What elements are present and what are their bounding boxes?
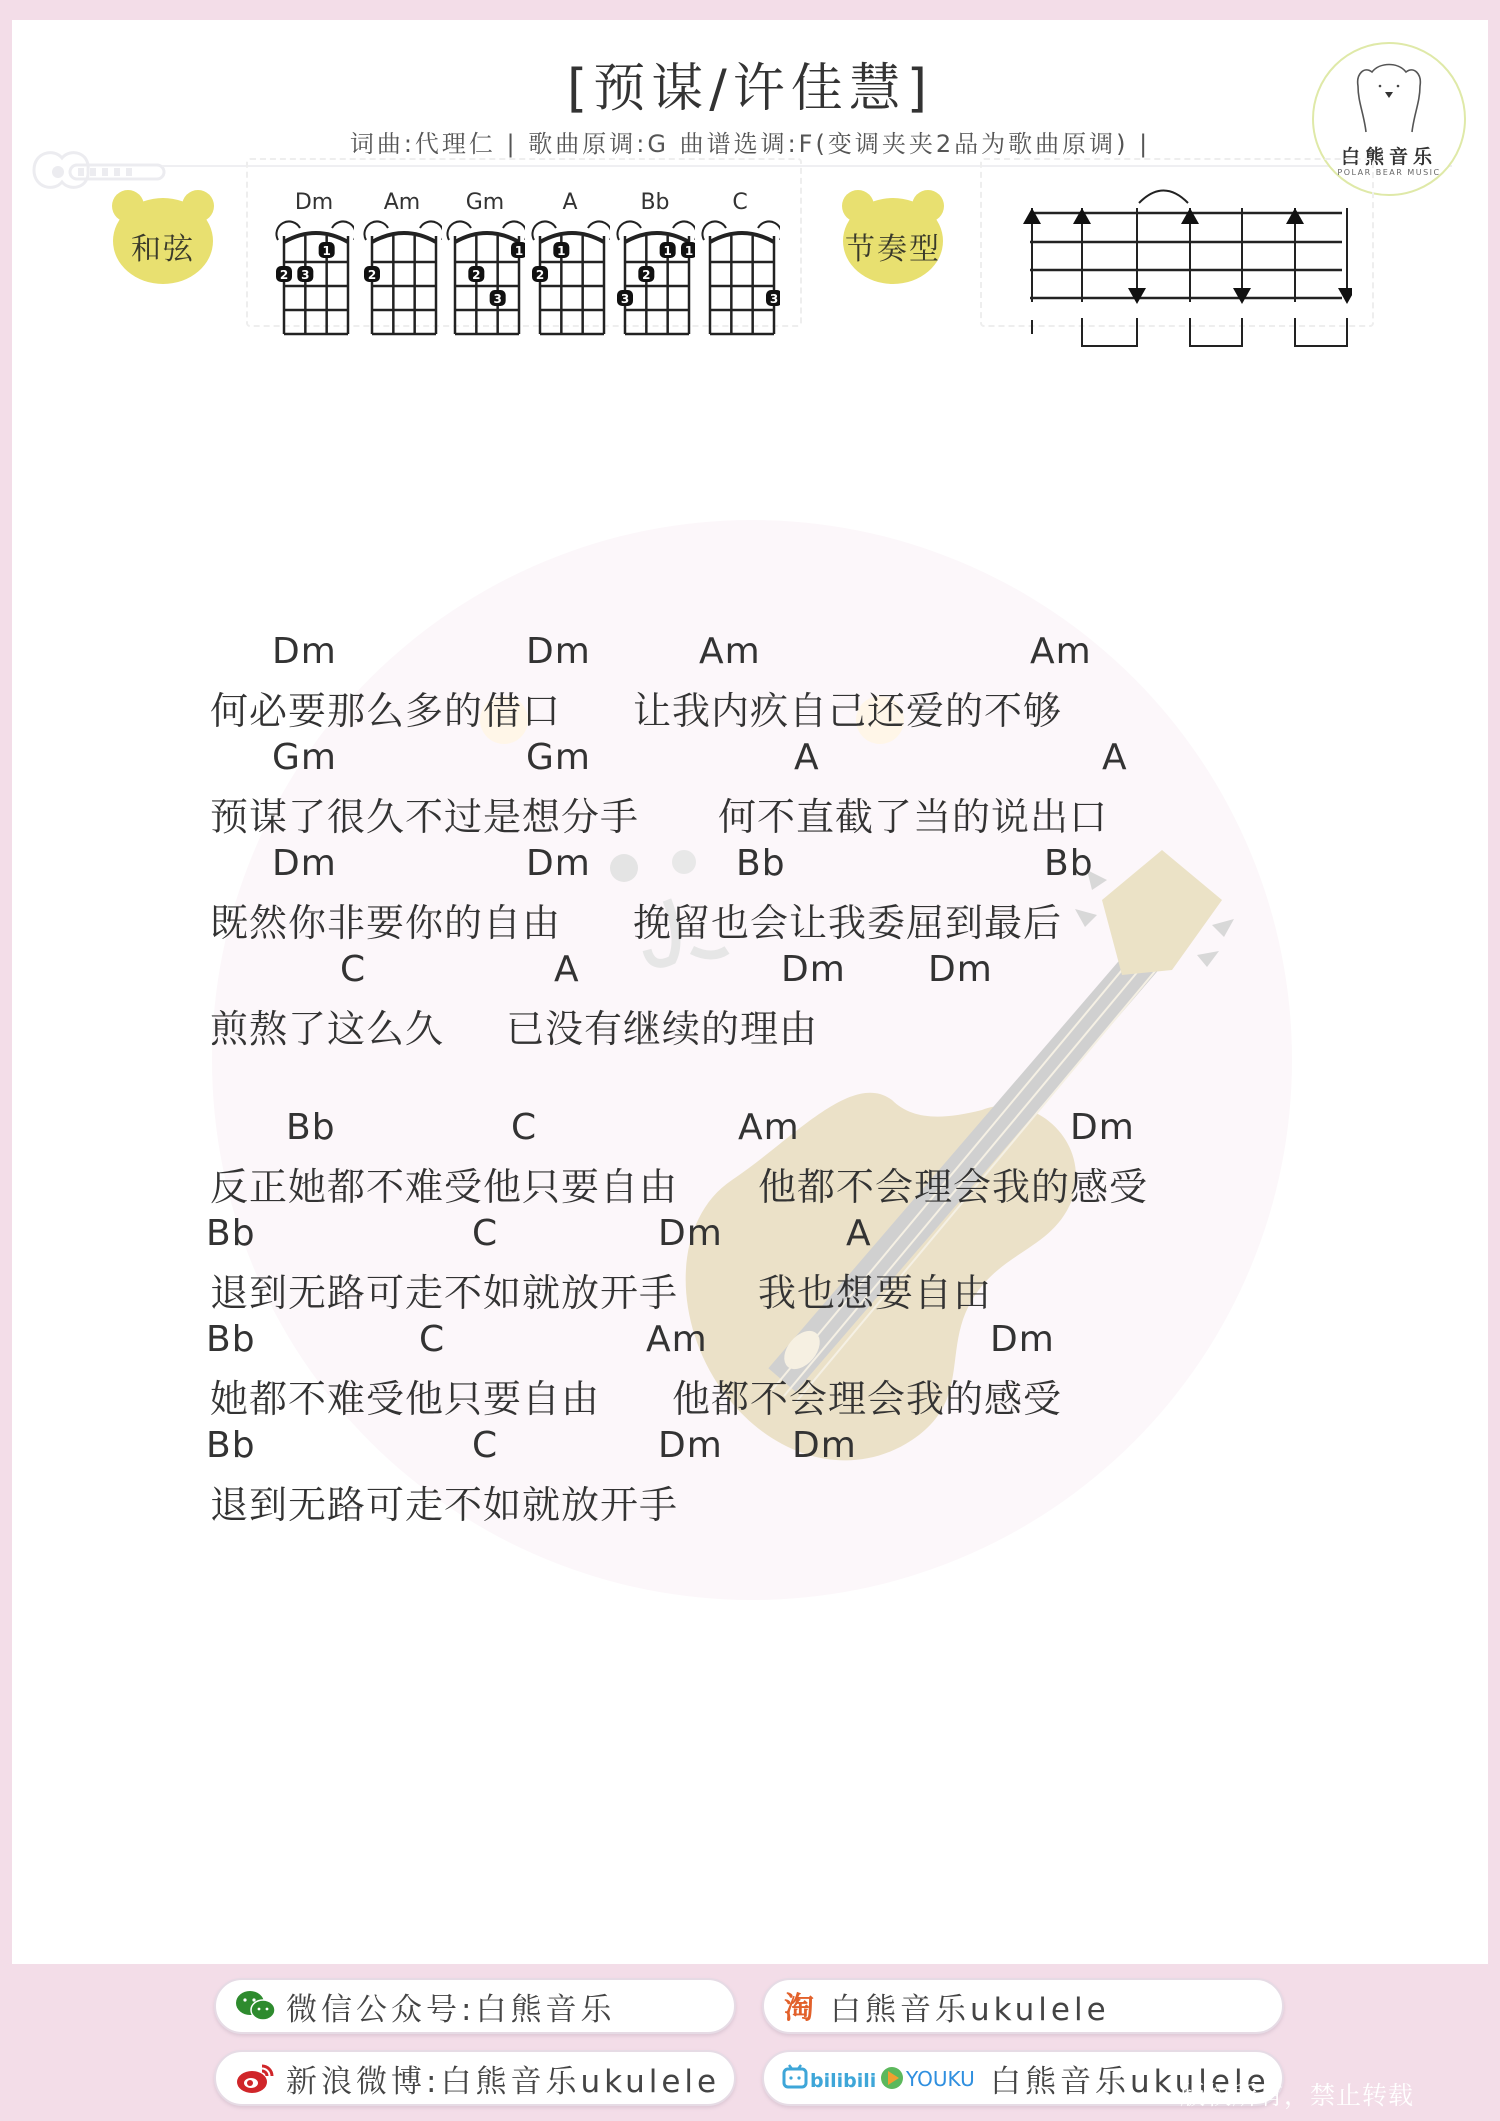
chord-diagram-a: A21	[530, 190, 610, 335]
lyric-phrase: 已没有继续的理由	[506, 998, 818, 1053]
copyright-notice: 版权所有，禁止转载	[1180, 2076, 1414, 2112]
chord-label: C	[419, 1319, 445, 1360]
lyric-phrase: 何不直截了当的说出口	[718, 786, 1108, 841]
lyric-phrase: 何必要那么多的借口	[210, 680, 561, 735]
chord-label: Bb	[206, 1425, 256, 1466]
svg-text:3: 3	[493, 292, 501, 306]
chord-diagram-c: C3	[700, 190, 780, 335]
lyric-line: 退到无路可走不如就放开手	[210, 1472, 1310, 1525]
rhythm-badge-label: 节奏型	[838, 224, 948, 268]
wechat-account-text: 微信公众号:白熊音乐	[286, 1984, 615, 2029]
fretboard-icon: 231	[445, 218, 525, 338]
fretboard-icon: 2	[362, 218, 442, 338]
chord-label: C	[472, 1425, 498, 1466]
taobao-shop-link[interactable]: 淘 白熊音乐ukulele	[762, 1978, 1284, 2034]
chord-name: Gm	[445, 190, 525, 215]
chord-label: Gm	[526, 737, 591, 778]
lyric-line: 何必要那么多的借口让我内疚自己还爱的不够	[210, 678, 1310, 731]
chord-label: Dm	[1070, 1107, 1135, 1148]
svg-text:3: 3	[301, 268, 309, 282]
weibo-account-link[interactable]: 新浪微博:白熊音乐ukulele	[214, 2050, 736, 2106]
song-title: [预谋/许佳慧]	[12, 46, 1488, 121]
chord-name: Bb	[615, 190, 695, 215]
lyric-line: 煎熬了这么久已没有继续的理由	[210, 996, 1310, 1049]
svg-text:2: 2	[472, 268, 480, 282]
chord-label: Dm	[928, 949, 993, 990]
polar-bear-icon	[1314, 44, 1464, 144]
lyric-phrase: 她都不难受他只要自由	[210, 1368, 600, 1423]
svg-text:2: 2	[536, 268, 544, 282]
svg-text:1: 1	[322, 244, 330, 258]
chord-label: Bb	[206, 1213, 256, 1254]
strum-pattern-diagram	[1012, 170, 1352, 355]
chord-diagram-gm: Gm231	[445, 190, 525, 335]
svg-text:bilibili: bilibili	[810, 2070, 876, 2092]
song-credits: 词曲:代理仁 | 歌曲原调:G 曲谱选调:F(变调夹夹2品为歌曲原调) |	[12, 124, 1488, 159]
chord-label: Dm	[526, 843, 591, 884]
chord-label: Bb	[286, 1107, 336, 1148]
fretboard-icon: 3	[700, 218, 780, 338]
svg-text:2: 2	[642, 268, 650, 282]
section-gap	[210, 1049, 1310, 1101]
chord-line: CADmDm	[210, 943, 1310, 996]
fretboard-icon: 21	[530, 218, 610, 338]
chord-label: C	[511, 1107, 537, 1148]
chord-label: A	[846, 1213, 872, 1254]
chord-line: BbCAmDm	[210, 1313, 1310, 1366]
taobao-icon: 淘	[782, 1988, 822, 2024]
chord-label: Dm	[526, 631, 591, 672]
lyric-line: 既然你非要你的自由挽留也会让我委屈到最后	[210, 890, 1310, 943]
lyric-line: 反正她都不难受他只要自由他都不会理会我的感受	[210, 1154, 1310, 1207]
svg-text:3: 3	[621, 292, 629, 306]
lyric-line: 预谋了很久不过是想分手何不直截了当的说出口	[210, 784, 1310, 837]
chord-label: Dm	[272, 843, 337, 884]
chord-label: Am	[699, 631, 761, 672]
chord-name: A	[530, 190, 610, 215]
chord-label: C	[340, 949, 366, 990]
bilibili-icon: bilibili	[782, 2063, 880, 2093]
lyric-phrase: 煎熬了这么久	[210, 998, 444, 1053]
chord-label: C	[472, 1213, 498, 1254]
chord-label: Dm	[792, 1425, 857, 1466]
svg-text:1: 1	[685, 244, 693, 258]
chord-label: A	[1102, 737, 1128, 778]
chord-diagram-am: Am2	[362, 190, 442, 335]
chord-name: Dm	[274, 190, 354, 215]
wechat-icon	[234, 1988, 278, 2024]
chord-label: Bb	[1044, 843, 1094, 884]
lyric-phrase: 预谋了很久不过是想分手	[210, 786, 639, 841]
chord-line: DmDmAmAm	[210, 625, 1310, 678]
lyric-phrase: 我也想要自由	[758, 1262, 992, 1317]
lyric-phrase: 反正她都不难受他只要自由	[210, 1156, 678, 1211]
fretboard-icon: 3211	[615, 218, 695, 338]
chord-label: Am	[738, 1107, 800, 1148]
chords-badge: 和弦	[108, 186, 218, 286]
chord-line: GmGmAA	[210, 731, 1310, 784]
chord-diagram-dm: Dm231	[274, 190, 354, 335]
svg-text:YOUKU: YOUKU	[905, 2067, 975, 2091]
chord-label: Dm	[990, 1319, 1055, 1360]
chord-label: Gm	[272, 737, 337, 778]
wechat-account-link[interactable]: 微信公众号:白熊音乐	[214, 1978, 736, 2034]
svg-text:淘: 淘	[784, 1991, 814, 2024]
svg-text:1: 1	[663, 244, 671, 258]
svg-text:2: 2	[280, 268, 288, 282]
chord-label: A	[554, 949, 580, 990]
lyric-phrase: 他都不会理会我的感受	[672, 1368, 1062, 1423]
chord-name: C	[700, 190, 780, 215]
chord-label: Dm	[272, 631, 337, 672]
chord-label: A	[794, 737, 820, 778]
taobao-shop-text: 白熊音乐ukulele	[830, 1984, 1110, 2029]
lyric-phrase: 他都不会理会我的感受	[758, 1156, 1148, 1211]
youku-icon: YOUKU	[880, 2063, 982, 2093]
chords-badge-label: 和弦	[108, 224, 218, 268]
song-sheet: [预谋/许佳慧] 词曲:代理仁 | 歌曲原调:G 曲谱选调:F(变调夹夹2品为歌…	[12, 20, 1488, 1964]
chord-line: BbCDmA	[210, 1207, 1310, 1260]
lyric-line: 退到无路可走不如就放开手我也想要自由	[210, 1260, 1310, 1313]
chord-line: BbCAmDm	[210, 1101, 1310, 1154]
svg-text:2: 2	[368, 268, 376, 282]
lyric-phrase: 退到无路可走不如就放开手	[210, 1262, 678, 1317]
rhythm-badge: 节奏型	[838, 186, 948, 286]
chord-label: Dm	[781, 949, 846, 990]
fretboard-icon: 231	[274, 218, 354, 338]
weibo-icon	[234, 2060, 278, 2096]
svg-text:1: 1	[557, 244, 565, 258]
lyric-phrase: 退到无路可走不如就放开手	[210, 1474, 678, 1529]
weibo-account-text: 新浪微博:白熊音乐ukulele	[286, 2056, 720, 2101]
chord-name: Am	[362, 190, 442, 215]
svg-text:3: 3	[770, 292, 778, 306]
chord-label: Bb	[206, 1319, 256, 1360]
chord-diagram-bb: Bb3211	[615, 190, 695, 335]
chord-label: Am	[646, 1319, 708, 1360]
chord-label: Dm	[658, 1425, 723, 1466]
chord-line: DmDmBbBb	[210, 837, 1310, 890]
lyrics-with-chords: DmDmAmAm何必要那么多的借口让我内疚自己还爱的不够GmGmAA预谋了很久不…	[210, 625, 1310, 1525]
lyric-phrase: 挽留也会让我委屈到最后	[633, 892, 1062, 947]
svg-text:1: 1	[515, 244, 523, 258]
lyric-phrase: 让我内疚自己还爱的不够	[633, 680, 1062, 735]
chord-label: Bb	[736, 843, 786, 884]
chord-label: Dm	[658, 1213, 723, 1254]
chord-line: BbCDmDm	[210, 1419, 1310, 1472]
lyric-phrase: 既然你非要你的自由	[210, 892, 561, 947]
chord-label: Am	[1030, 631, 1092, 672]
lyric-line: 她都不难受他只要自由他都不会理会我的感受	[210, 1366, 1310, 1419]
